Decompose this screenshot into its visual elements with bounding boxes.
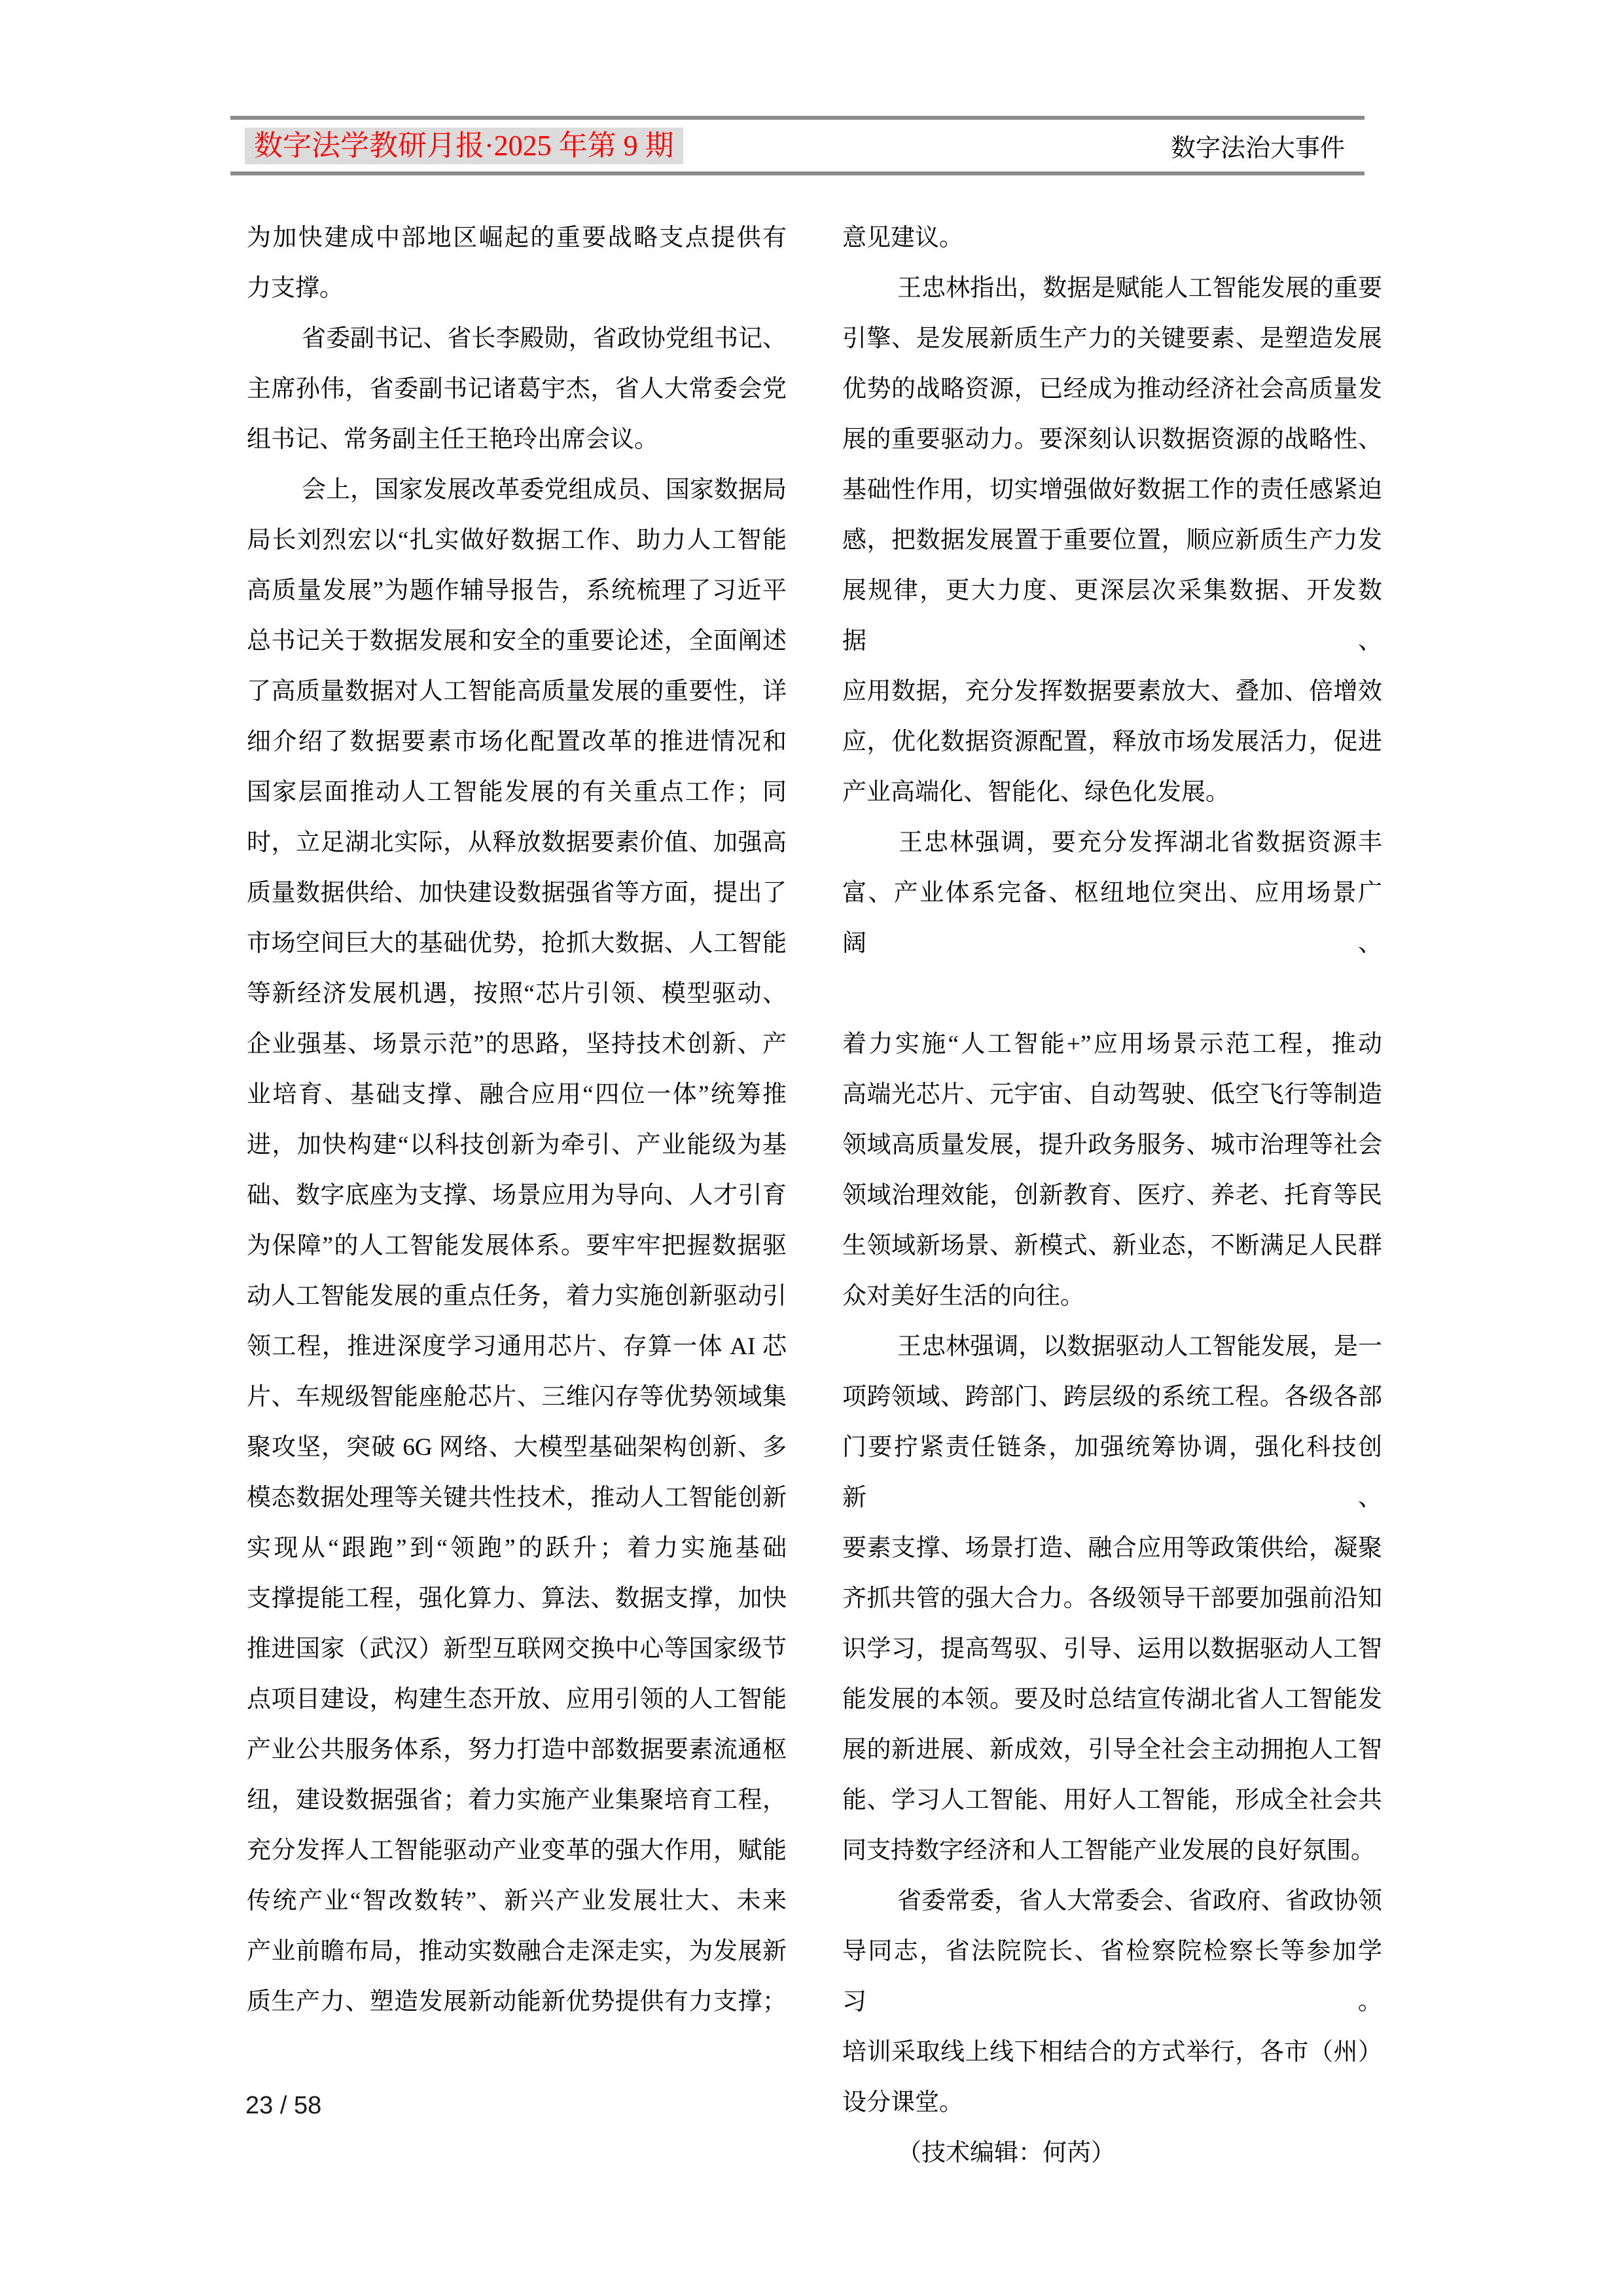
text-line: 展规律，更大力度、更深层次采集数据、开发数据、 [842,565,1382,666]
text-line: 能发展的本领。要及时总结宣传湖北省人工智能发 [842,1674,1382,1725]
text-line: 础、数字底座为支撑、场景应用为导向、人才引育 [247,1170,787,1221]
text-line: 王忠林强调，要充分发挥湖北省数据资源丰 [842,817,1382,868]
text-line: 了高质量数据对人工智能高质量发展的重要性，详 [247,666,787,717]
text-line: 领域高质量发展，提升政务服务、城市治理等社会 [842,1120,1382,1170]
document-page: 数字法学教研月报·2025 年第 9 期 数字法治大事件 为加快建成中部地区崛起… [0,0,1623,2296]
paragraph-indent [842,2160,897,2161]
text-line: 高端光芯片、元宇宙、自动驾驶、低空飞行等制造 [842,1069,1382,1120]
text-line: 实现从“跟跑”到“领跑”的跃升；着力实施基础 [247,1523,787,1573]
text-line: 识学习，提高驾驭、引导、运用以数据驱动人工智 [842,1624,1382,1674]
text-line: 优势的战略资源，已经成为推动经济社会高质量发 [842,364,1382,414]
text-line: 展的新进展、新成效，引导全社会主动拥抱人工智 [842,1725,1382,1775]
text-line: 片、车规级智能座舱芯片、三维闪存等优势领域集 [247,1372,787,1422]
text-line: 细介绍了数据要素市场化配置改革的推进情况和 [247,717,787,767]
text-line: 产业前瞻布局，推动实数融合走深走实，为发展新 [247,1926,787,1977]
text-line: 展的重要驱动力。要深刻认识数据资源的战略性、 [842,414,1382,465]
text-line: 产业高端化、智能化、绿色化发展。 [842,767,1382,817]
text-line: 动人工智能发展的重点任务，着力实施创新驱动引 [247,1271,787,1321]
text-line: 时，立足湖北实际，从释放数据要素价值、加强高 [247,817,787,868]
issue-title: 数字法学教研月报·2025 年第 9 期 [245,128,683,164]
text-line: 要素支撑、场景打造、融合应用等政策供给，凝聚 [842,1523,1382,1573]
text-line: 导同志，省法院院长、省检察院检察长等参加学习。 [842,1926,1382,2027]
header-row: 数字法学教研月报·2025 年第 9 期 数字法治大事件 [230,120,1364,171]
paragraph-indent [842,295,897,296]
paragraph-indent [842,1354,897,1354]
paragraph-indent [247,346,302,346]
text-line: 产业公共服务体系，努力打造中部数据要素流通枢 [247,1725,787,1775]
text-line: 力支撑。 [247,263,787,314]
text-line: 总书记关于数据发展和安全的重要论述，全面阐述 [247,616,787,666]
text-line: 省委常委，省人大常委会、省政府、省政协领 [842,1876,1382,1926]
text-line: 着力实施“人工智能+”应用场景示范工程，推动 [842,1019,1382,1069]
text-line: 进，加快构建“以科技创新为牵引、产业能级为基 [247,1120,787,1170]
article-columns: 为加快建成中部地区崛起的重要战略支点提供有力支撑。省委副书记、省长李殿勋，省政协… [247,213,1382,2178]
text-line: 领工程，推进深度学习通用芯片、存算一体 AI 芯 [247,1321,787,1372]
paragraph-indent [842,1908,897,1909]
text-line: 国家层面推动人工智能发展的有关重点工作；同 [247,767,787,817]
paragraph-indent [842,850,897,850]
text-line: 培训采取线上线下相结合的方式举行，各市（州） [842,2027,1382,2077]
text-line: 齐抓共管的强大合力。各级领导干部要加强前沿知 [842,1573,1382,1624]
text-line: 众对美好生活的向往。 [842,1271,1382,1321]
text-line: 门要拧紧责任链条，加强统筹协调，强化科技创新、 [842,1422,1382,1523]
text-line: 聚攻坚，突破 6G 网络、大模型基础架构创新、多 [247,1422,787,1473]
text-line: 设分课堂。 [842,2077,1382,2128]
text-line: 富、产业体系完备、枢纽地位突出、应用场景广阔、 [842,868,1382,969]
text-line: 传统产业“智改数转”、新兴产业发展壮大、未来 [247,1876,787,1926]
page-number: 23 / 58 [245,2092,321,2120]
text-line: 省委副书记、省长李殿勋，省政协党组书记、 [247,314,787,364]
text-line: 意见建议。 [842,213,1382,263]
text-line: 业培育、基础支撑、融合应用“四位一体”统筹推 [247,1069,787,1120]
text-line: 支撑提能工程，强化算力、算法、数据支撑，加快 [247,1573,787,1624]
text-line: 能、学习人工智能、用好人工智能，形成全社会共 [842,1775,1382,1825]
text-line: 王忠林指出，数据是赋能人工智能发展的重要 [842,263,1382,314]
page-header: 数字法学教研月报·2025 年第 9 期 数字法治大事件 [230,116,1364,175]
text-line: 质生产力、塑造发展新动能新优势提供有力支撑； [247,1977,787,2027]
text-line: 基础性作用，切实增强做好数据工作的责任感紧迫 [842,465,1382,515]
text-line: 企业强基、场景示范”的思路，坚持技术创新、产 [247,1019,787,1069]
text-line: 领域治理效能，创新教育、医疗、养老、托育等民 [842,1170,1382,1221]
text-line: 王忠林强调，以数据驱动人工智能发展，是一 [842,1321,1382,1372]
text-line: 市场空间巨大的基础优势，抢抓大数据、人工智能 [247,918,787,969]
text-line: 生领域新场景、新模式、新业态，不断满足人民群 [842,1221,1382,1271]
text-line: 会上，国家发展改革委党组成员、国家数据局 [247,465,787,515]
text-line: 为加快建成中部地区崛起的重要战略支点提供有 [247,213,787,263]
text-line: 质量数据供给、加快建设数据强省等方面，提出了 [247,868,787,918]
text-line: 引擎、是发展新质生产力的关键要素、是塑造发展 [842,314,1382,364]
text-line: 应用数据，充分发挥数据要素放大、叠加、倍增效 [842,666,1382,717]
text-line: 纽，建设数据强省；着力实施产业集聚培育工程， [247,1775,787,1825]
text-line: 局长刘烈宏以“扎实做好数据工作、助力人工智能 [247,515,787,565]
section-title: 数字法治大事件 [1171,128,1345,164]
text-line: 点项目建设，构建生态开放、应用引领的人工智能 [247,1674,787,1725]
header-bottom-rule [230,171,1364,175]
text-line: 应，优化数据资源配置，释放市场发展活力，促进 [842,717,1382,767]
text-line: 项跨领域、跨部门、跨层级的系统工程。各级各部 [842,1372,1382,1422]
text-line: 充分发挥人工智能驱动产业变革的强大作用，赋能 [247,1825,787,1876]
right-column: 意见建议。王忠林指出，数据是赋能人工智能发展的重要引擎、是发展新质生产力的关键要… [842,213,1382,2178]
text-line: 主席孙伟，省委副书记诸葛宇杰，省人大常委会党 [247,364,787,414]
text-line: 推进国家（武汉）新型互联网交换中心等国家级节 [247,1624,787,1674]
paragraph-indent [247,497,302,497]
text-line: 组书记、常务副主任王艳玲出席会议。 [247,414,787,465]
text-line: 同支持数字经济和人工智能产业发展的良好氛围。 [842,1825,1382,1876]
text-line: 为保障”的人工智能发展体系。要牢牢把握数据驱 [247,1221,787,1271]
text-line: （技术编辑：何芮） [842,2128,1382,2178]
text-line: 感，把数据发展置于重要位置，顺应新质生产力发 [842,515,1382,565]
text-line: 高质量发展”为题作辅导报告，系统梳理了习近平 [247,565,787,616]
left-column: 为加快建成中部地区崛起的重要战略支点提供有力支撑。省委副书记、省长李殿勋，省政协… [247,213,787,2178]
text-line: 模态数据处理等关键共性技术，推动人工智能创新 [247,1473,787,1523]
text-line: 等新经济发展机遇，按照“芯片引领、模型驱动、 [247,969,787,1019]
